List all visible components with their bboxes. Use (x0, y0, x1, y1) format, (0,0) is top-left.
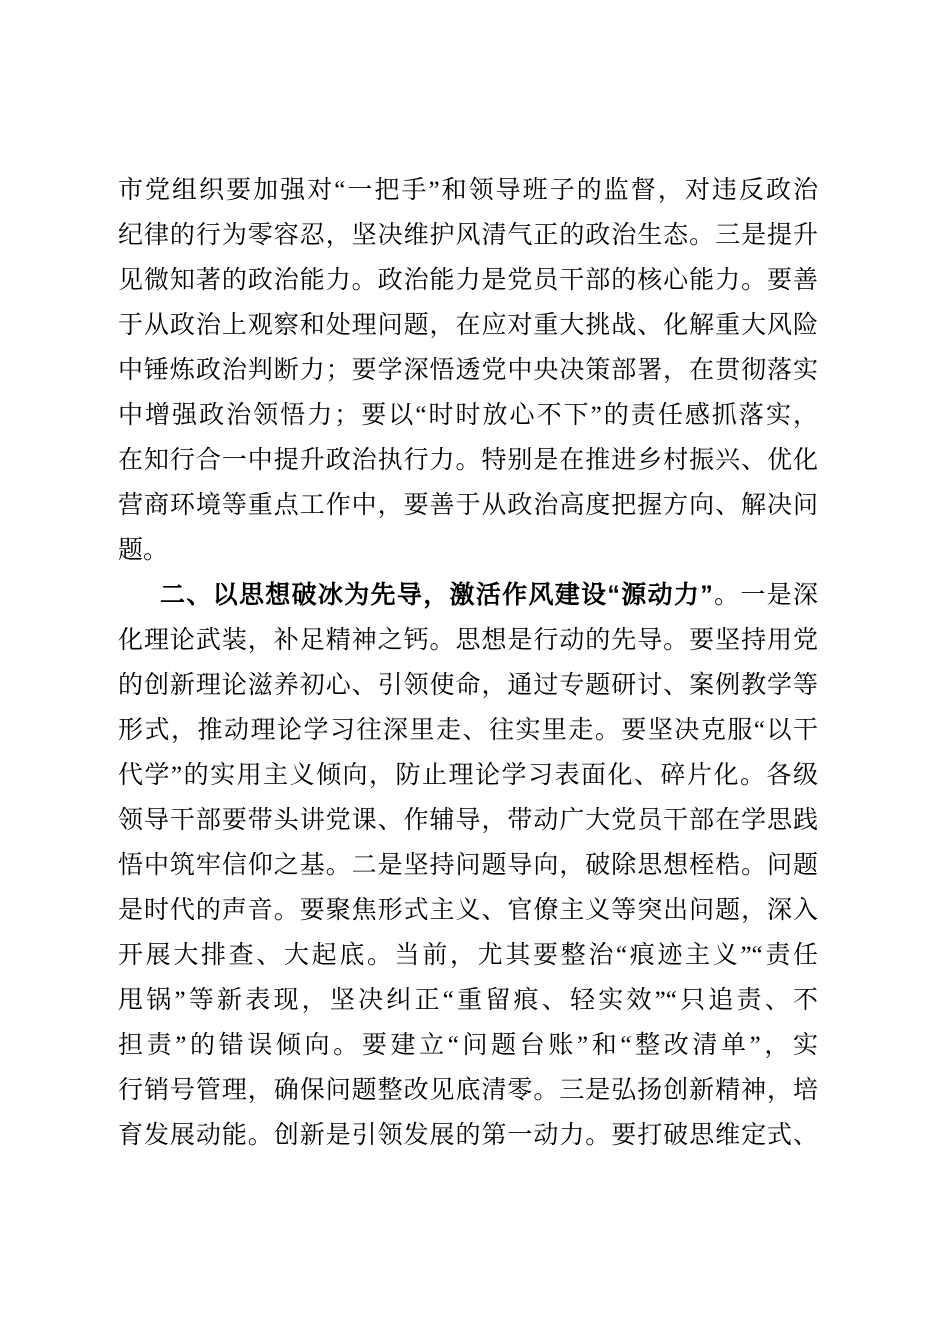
text-line: 行销号管理，确保问题整改见底清零。三是弘扬创新精神，培 (118, 1068, 818, 1113)
text-line: 在知行合一中提升政治执行力。特别是在推进乡村振兴、优化 (118, 438, 818, 483)
body-text-run: 担责”的错误倾向。要建立“问题台账”和“整改清单”，实 (118, 1032, 818, 1059)
text-line: 化理论武装，补足精神之钙。思想是行动的先导。要坚持用党 (118, 618, 818, 663)
paragraph-1: 市党组织要加强对“一把手”和领导班子的监督，对违反政治纪律的行为零容忍，坚决维护… (118, 168, 818, 573)
document-page: 市党组织要加强对“一把手”和领导班子的监督，对违反政治纪律的行为零容忍，坚决维护… (0, 0, 950, 1344)
body-text-run: 代学”的实用主义倾向，防止理论学习表面化、碎片化。各级 (118, 762, 818, 789)
text-line: 形式，推动理论学习往深里走、往实里走。要坚决克服“以干 (118, 708, 818, 753)
body-text-run: 领导干部要带头讲党课、作辅导，带动广大党员干部在学思践 (118, 807, 818, 834)
body-text-run: 是时代的声音。要聚焦形式主义、官僚主义等突出问题，深入 (118, 897, 818, 924)
body-text-run: 悟中筑牢信仰之基。二是坚持问题导向，破除思想桎梏。问题 (118, 852, 818, 879)
body-text-run: 形式，推动理论学习往深里走、往实里走。要坚决克服“以干 (118, 717, 818, 744)
body-text-run: 行销号管理，确保问题整改见底清零。三是弘扬创新精神，培 (118, 1077, 818, 1104)
text-line: 育发展动能。创新是引领发展的第一动力。要打破思维定式、 (118, 1113, 818, 1158)
body-text-run: 市党组织要加强对“一把手”和领导班子的监督，对违反政治 (118, 177, 818, 204)
text-line: 二、以思想破冰为先导，激活作风建设“源动力”。一是深 (118, 573, 818, 618)
body-text-run: 。一是深 (713, 582, 818, 609)
text-line: 甩锅”等新表现，坚决纠正“重留痕、轻实效”“只追责、不 (118, 978, 818, 1023)
text-line: 于从政治上观察和处理问题，在应对重大挑战、化解重大风险 (118, 303, 818, 348)
body-text-run: 中锤炼政治判断力；要学深悟透党中央决策部署，在贯彻落实 (118, 357, 818, 384)
paragraph-2: 二、以思想破冰为先导，激活作风建设“源动力”。一是深化理论武装，补足精神之钙。思… (118, 573, 818, 1158)
text-line: 担责”的错误倾向。要建立“问题台账”和“整改清单”，实 (118, 1023, 818, 1068)
text-line: 代学”的实用主义倾向，防止理论学习表面化、碎片化。各级 (118, 753, 818, 798)
bold-heading-run: 二、以思想破冰为先导，激活作风建设“源动力” (160, 581, 713, 609)
text-line: 中增强政治领悟力；要以“时时放心不下”的责任感抓落实， (118, 393, 818, 438)
text-line: 见微知著的政治能力。政治能力是党员干部的核心能力。要善 (118, 258, 818, 303)
body-text-run: 育发展动能。创新是引领发展的第一动力。要打破思维定式、 (118, 1122, 818, 1149)
text-line: 的创新理论滋养初心、引领使命，通过专题研讨、案例教学等 (118, 663, 818, 708)
body-text-run: 于从政治上观察和处理问题，在应对重大挑战、化解重大风险 (118, 312, 818, 339)
body-text-run: 的创新理论滋养初心、引领使命，通过专题研讨、案例教学等 (118, 672, 818, 699)
body-text-run: 开展大排查、大起底。当前，尤其要整治“痕迹主义”“责任 (118, 942, 818, 969)
body-text-run: 营商环境等重点工作中，要善于从政治高度把握方向、解决问 (118, 492, 818, 519)
body-text-run: 化理论武装，补足精神之钙。思想是行动的先导。要坚持用党 (118, 627, 818, 654)
text-line: 开展大排查、大起底。当前，尤其要整治“痕迹主义”“责任 (118, 933, 818, 978)
text-line: 纪律的行为零容忍，坚决维护风清气正的政治生态。三是提升 (118, 213, 818, 258)
text-line: 领导干部要带头讲党课、作辅导，带动广大党员干部在学思践 (118, 798, 818, 843)
text-line: 是时代的声音。要聚焦形式主义、官僚主义等突出问题，深入 (118, 888, 818, 933)
body-text-run: 在知行合一中提升政治执行力。特别是在推进乡村振兴、优化 (118, 447, 818, 474)
body-text-run: 中增强政治领悟力；要以“时时放心不下”的责任感抓落实， (118, 402, 818, 429)
text-line: 营商环境等重点工作中，要善于从政治高度把握方向、解决问 (118, 483, 818, 528)
text-line: 悟中筑牢信仰之基。二是坚持问题导向，破除思想桎梏。问题 (118, 843, 818, 888)
body-text-run: 题。 (118, 537, 168, 564)
text-line: 题。 (118, 528, 818, 573)
text-line: 中锤炼政治判断力；要学深悟透党中央决策部署，在贯彻落实 (118, 348, 818, 393)
text-block: 市党组织要加强对“一把手”和领导班子的监督，对违反政治纪律的行为零容忍，坚决维护… (118, 168, 818, 1158)
text-line: 市党组织要加强对“一把手”和领导班子的监督，对违反政治 (118, 168, 818, 213)
body-text-run: 甩锅”等新表现，坚决纠正“重留痕、轻实效”“只追责、不 (118, 987, 818, 1014)
body-text-run: 纪律的行为零容忍，坚决维护风清气正的政治生态。三是提升 (118, 222, 818, 249)
body-text-run: 见微知著的政治能力。政治能力是党员干部的核心能力。要善 (118, 267, 818, 294)
